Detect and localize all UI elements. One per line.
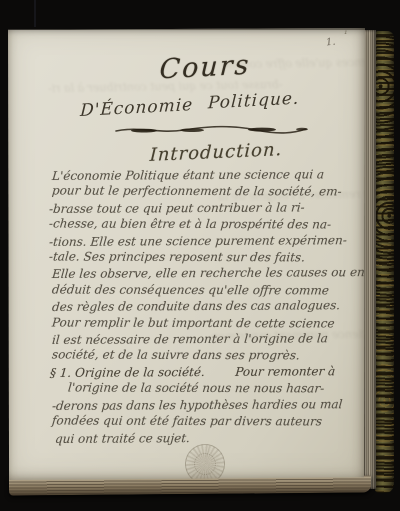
manuscript-line: -tions. Elle est une science purement ex… [48,232,360,250]
manuscript-line: Elle les observe, elle en recherche les … [51,264,360,282]
manuscript-line: -derons pas dans les hypothèses hardies … [51,396,360,414]
manuscript-line: des règles de conduite dans des cas anal… [51,297,360,315]
manuscript-line: -brasse tout ce qui peut contribuer à la… [48,199,360,217]
page-stack-edge [363,30,376,489]
manuscript-line: Pour remplir le but important de cette s… [51,314,360,331]
manuscript-title-line2-left: D'Économie [80,95,194,121]
photograph-background: déduit des conséquences qu'elle offre co… [0,0,400,511]
manuscript-line: fondées qui ont été faites par divers au… [51,413,360,430]
manuscript-title-line2-right: Politique. [208,89,300,114]
manuscript-page: déduit des conséquences qu'elle offre co… [8,28,365,480]
manuscript-line: L'économie Politique étant une science q… [51,166,360,184]
manuscript-body: L'économie Politique étant une science q… [52,167,360,446]
manuscript-line: pour but le perfectionnement de la socié… [51,183,360,200]
manuscript-line: déduit des conséquences qu'elle offre co… [51,281,360,298]
section-heading: Introduction. [136,138,297,166]
corner-mark: ¹ [344,30,348,40]
manuscript-line: l'origine de la société nous ne nous has… [67,380,360,397]
manuscript-line: § 1. Origine de la société. Pour remonte… [49,363,360,381]
scan-artifact-line [34,0,36,27]
manuscript-line: -chesse, au bien être et à la prospérité… [48,216,360,233]
manuscript-title: Cours [139,49,270,87]
decorative-flourish [114,122,308,138]
marbled-book-cover-edge [375,31,394,493]
page-number: 1. [325,37,336,49]
manuscript-line: société, et de la suivre dans ses progrè… [51,347,360,364]
